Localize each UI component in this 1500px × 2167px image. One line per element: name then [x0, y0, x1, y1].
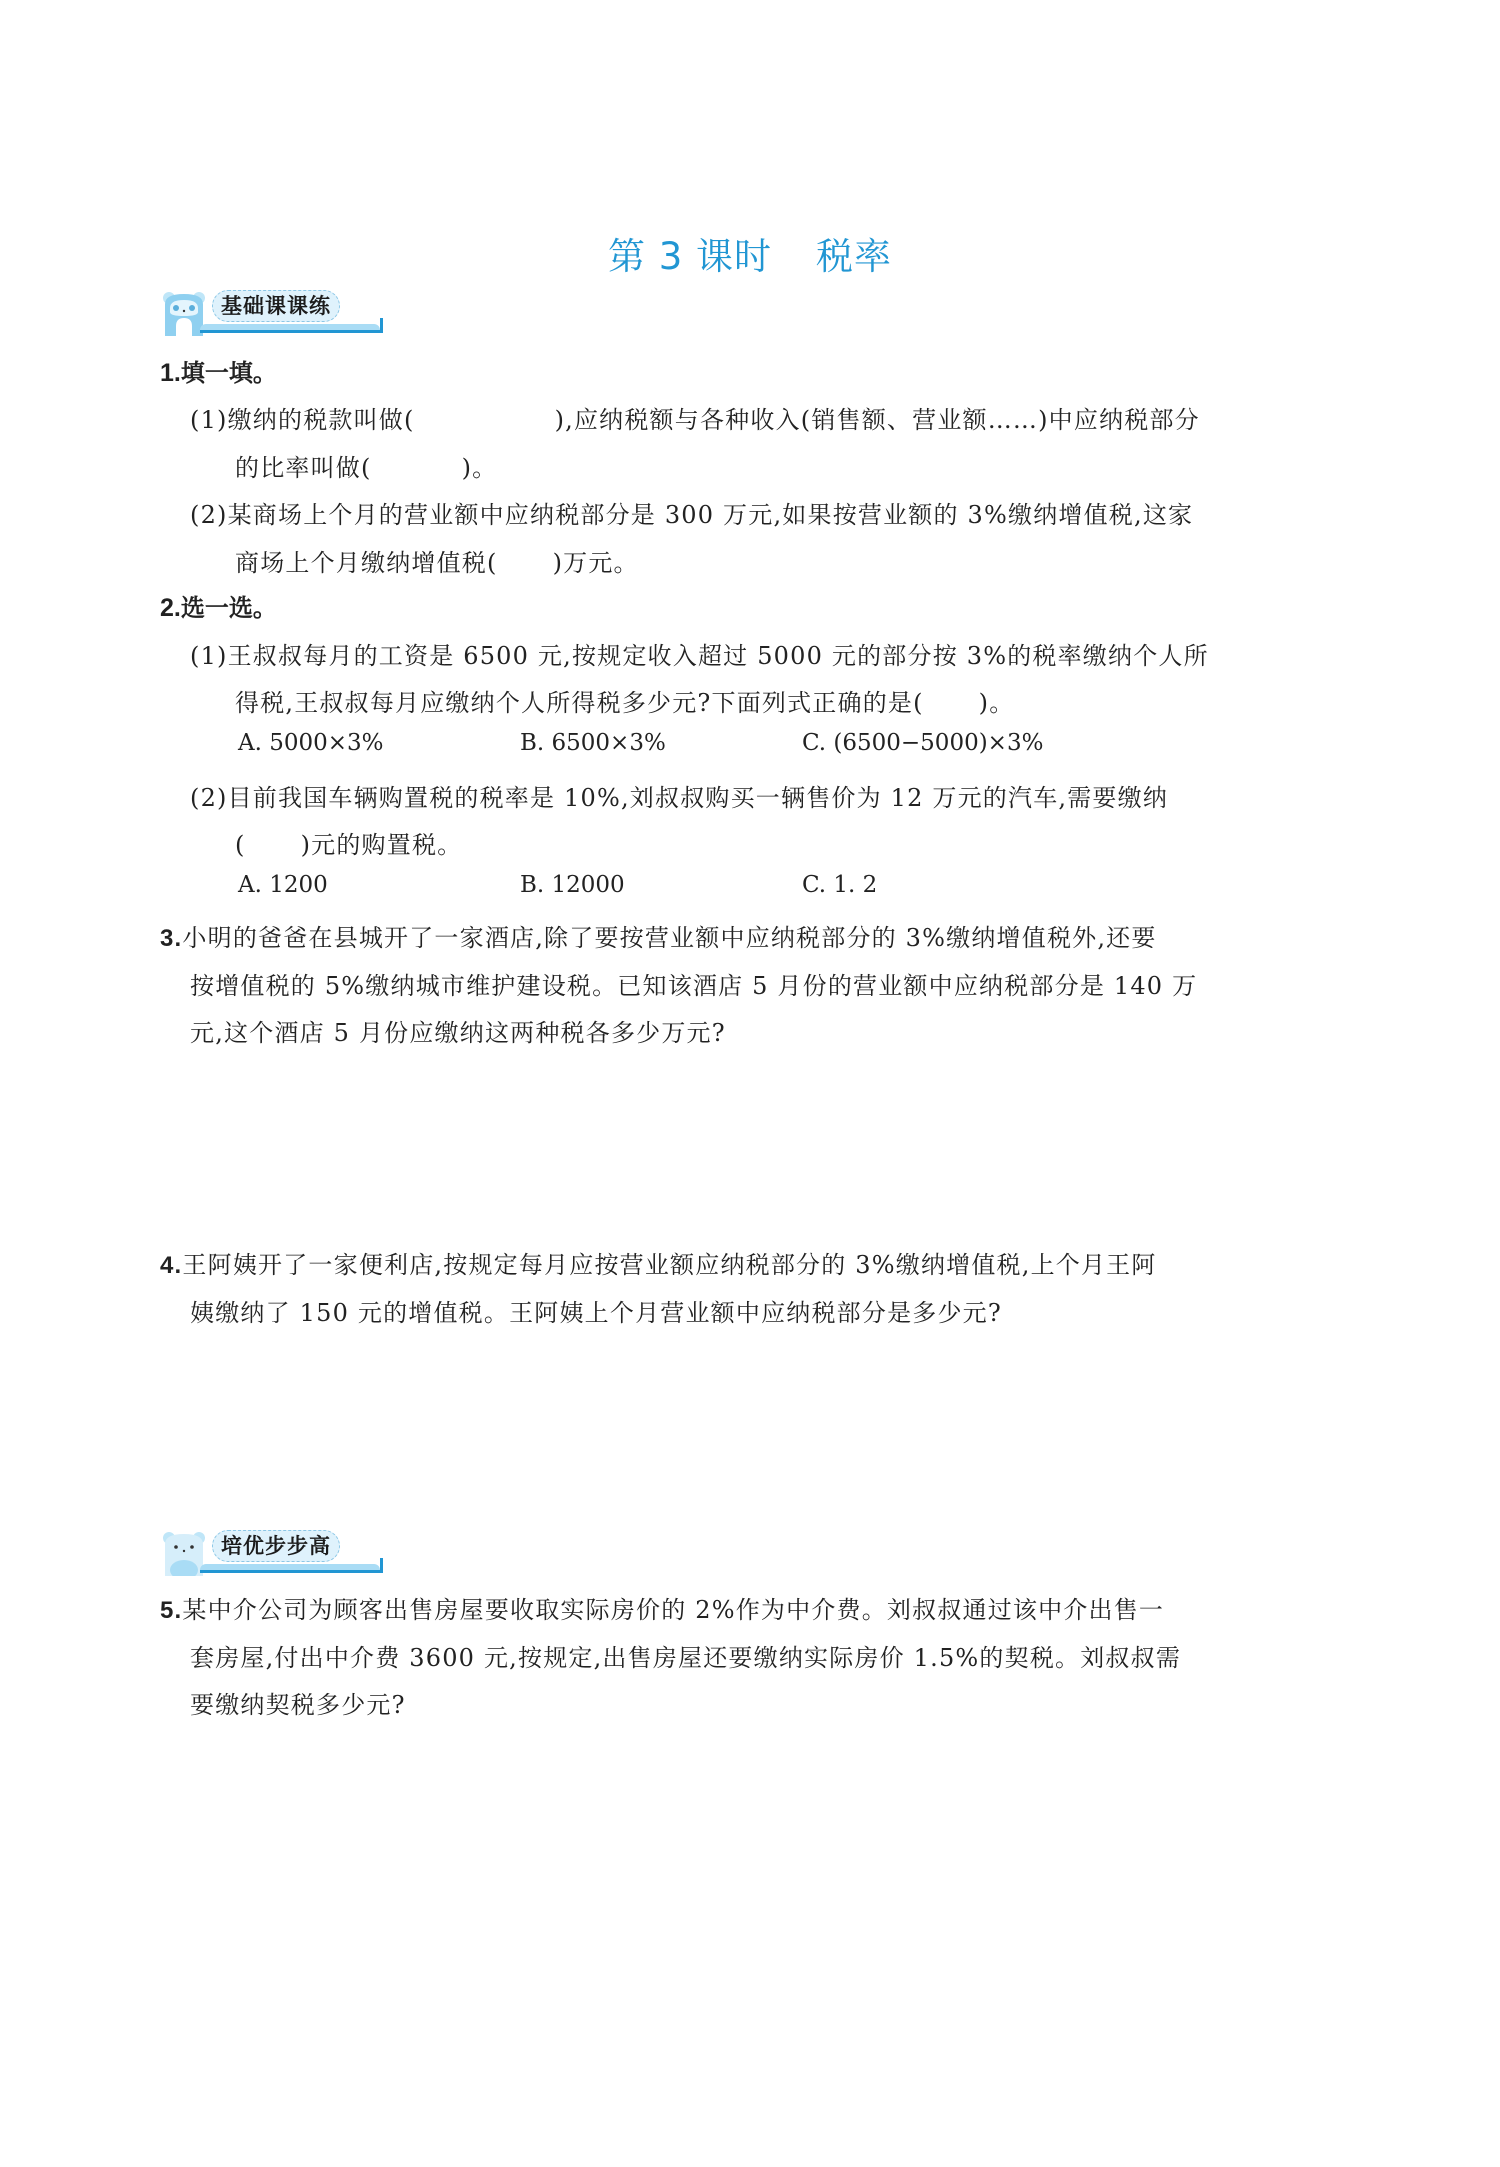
q2-part2-line1: (2)目前我国车辆购置税的税率是 10%,刘叔叔购买一辆售价为 12 万元的汽车… [190, 778, 1168, 813]
lesson-topic: 税率 [816, 235, 892, 278]
text: )万元。 [553, 549, 639, 577]
section-title: 培优步步高 [212, 1530, 340, 1562]
text: ( [235, 831, 246, 859]
question-1-heading: 1.填一填。 [160, 350, 277, 397]
text: (1)缴纳的税款叫做( [190, 406, 415, 434]
question-heading: 选一选。 [181, 594, 277, 622]
question-number: 1. [160, 359, 181, 387]
banner-underline [200, 330, 383, 333]
lesson-number: 第 3 课时 [608, 235, 772, 278]
option-b[interactable]: B. 6500×3% [520, 730, 666, 756]
q3-answer-area[interactable] [190, 1060, 1350, 1230]
option-c[interactable]: C. (6500−5000)×3% [802, 730, 1043, 756]
q2-part1-line2: 得税,王叔叔每月应缴纳个人所得税多少元?下面列式正确的是()。 [235, 683, 1014, 718]
question-heading: 填一填。 [181, 359, 277, 387]
text: 得税,王叔叔每月应缴纳个人所得税多少元?下面列式正确的是( [235, 689, 924, 717]
section-title: 基础课课练 [212, 290, 340, 322]
q1-part1-line2: 的比率叫做()。 [235, 448, 497, 483]
q3-line3: 元,这个酒店 5 月份应缴纳这两种税各多少万元? [190, 1013, 726, 1048]
q3-line1: 3.小明的爸爸在县城开了一家酒店,除了要按营业额中应纳税部分的 3%缴纳增值税外… [160, 918, 1157, 953]
question-2-heading: 2.选一选。 [160, 585, 277, 632]
q5-line1: 5.某中介公司为顾客出售房屋要收取实际房价的 2%作为中介费。刘叔叔通过该中介出… [160, 1590, 1164, 1625]
lesson-title: 第 3 课时税率 [0, 226, 1500, 280]
banner-tick [380, 1558, 383, 1573]
q5-line2: 套房屋,付出中介费 3600 元,按规定,出售房屋还要缴纳实际房价 1.5%的契… [190, 1638, 1181, 1673]
q4-line2: 姨缴纳了 150 元的增值税。王阿姨上个月营业额中应纳税部分是多少元? [190, 1293, 1002, 1328]
text: )。 [462, 454, 498, 482]
q2-part1-line1: (1)王叔叔每月的工资是 6500 元,按规定收入超过 5000 元的部分按 3… [190, 636, 1209, 671]
q5-line3: 要缴纳契税多少元? [190, 1685, 406, 1720]
text: ),应纳税额与各种收入(销售额、营业额……)中应纳税部分 [555, 406, 1200, 434]
text: 的比率叫做( [235, 454, 372, 482]
text: 王阿姨开了一家便利店,按规定每月应按营业额应纳税部分的 3%缴纳增值税,上个月王… [182, 1251, 1156, 1279]
q4-line1: 4.王阿姨开了一家便利店,按规定每月应按营业额应纳税部分的 3%缴纳增值税,上个… [160, 1245, 1157, 1280]
q1-part2-line2: 商场上个月缴纳增值税()万元。 [235, 543, 639, 578]
text: 商场上个月缴纳增值税( [235, 549, 498, 577]
q1-part2-line1: (2)某商场上个月的营业额中应纳税部分是 300 万元,如果按营业额的 3%缴纳… [190, 495, 1193, 530]
text: )元的购置税。 [301, 831, 463, 859]
text: )。 [979, 689, 1015, 717]
q5-answer-area[interactable] [190, 1735, 1350, 2035]
q2-part2-line2: ()元的购置税。 [235, 825, 462, 860]
section-banner-advanced: 培优步步高 [160, 1528, 385, 1578]
question-number: 5. [160, 1597, 182, 1624]
q3-line2: 按增值税的 5%缴纳城市维护建设税。已知该酒店 5 月份的营业额中应纳税部分是 … [190, 966, 1197, 1001]
question-number: 4. [160, 1252, 182, 1279]
option-c[interactable]: C. 1. 2 [802, 872, 877, 898]
question-number: 2. [160, 594, 181, 622]
q4-answer-area[interactable] [190, 1340, 1350, 1520]
q1-part1-line1: (1)缴纳的税款叫做(),应纳税额与各种收入(销售额、营业额……)中应纳税部分 [190, 400, 1200, 435]
text: 某中介公司为顾客出售房屋要收取实际房价的 2%作为中介费。刘叔叔通过该中介出售一 [182, 1596, 1164, 1624]
banner-underline [200, 1570, 383, 1573]
question-number: 3. [160, 925, 182, 952]
banner-tick [380, 318, 383, 333]
text: 小明的爸爸在县城开了一家酒店,除了要按营业额中应纳税部分的 3%缴纳增值税外,还… [182, 924, 1156, 952]
section-banner-basic: 基础课课练 [160, 288, 385, 338]
option-a[interactable]: A. 5000×3% [238, 730, 384, 756]
option-a[interactable]: A. 1200 [238, 872, 328, 898]
option-b[interactable]: B. 12000 [520, 872, 625, 898]
